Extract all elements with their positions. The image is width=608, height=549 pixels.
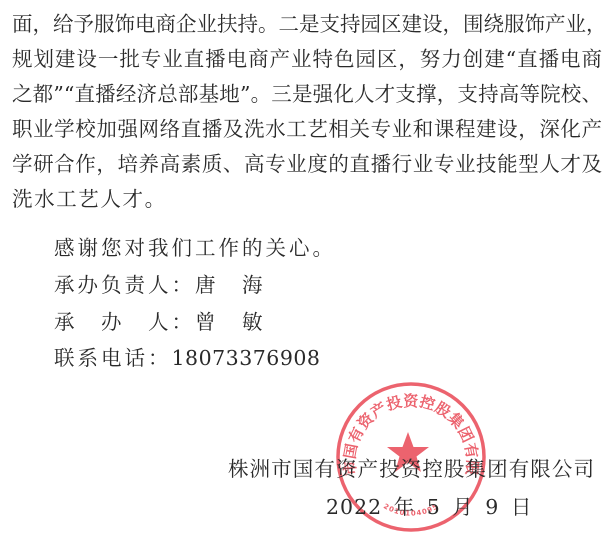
handler-name: 曾 敏 [195, 310, 266, 334]
closing-remark: 感谢您对我们工作的关心。 [54, 234, 336, 262]
phone-label: 联系电话： [54, 346, 172, 370]
body-line-3: 之都”“直播经济总部基地”。三是强化人才支撑，支持高等院校、 [12, 80, 602, 108]
document-page: 面，给予服饰电商企业扶持。二是支持园区建设，围绕服饰产业， 规划建设一批专业直播… [0, 0, 608, 549]
handler-label: 承 办 人： [54, 310, 195, 334]
signing-date: 2022 年 5 月 9 日 [326, 493, 532, 521]
body-line-4: 职业学校加强网络直播及洗水工艺相关专业和课程建设，深化产 [12, 115, 602, 143]
handler-row: 承 办 人：曾 敏 [54, 308, 266, 336]
body-line-2: 规划建设一批专业直播电商产业特色园区，努力创建“直播电商 [12, 45, 602, 73]
phone-number: 18073376908 [172, 346, 321, 370]
body-line-5: 学研合作，培养高素质、高专业度的直播行业专业技能型人才及 [12, 150, 602, 178]
responsible-person-row: 承办负责人：唐 海 [54, 271, 266, 299]
body-line-1: 面，给予服饰电商企业扶持。二是支持园区建设，围绕服饰产业， [12, 10, 602, 38]
signing-company: 株洲市国有资产投资控股集团有限公司 [228, 455, 594, 483]
body-line-6: 洗水工艺人才。 [12, 185, 602, 213]
responsible-person-label: 承办负责人： [54, 273, 195, 297]
phone-row: 联系电话：18073376908 [54, 344, 320, 372]
responsible-person-name: 唐 海 [195, 273, 266, 297]
